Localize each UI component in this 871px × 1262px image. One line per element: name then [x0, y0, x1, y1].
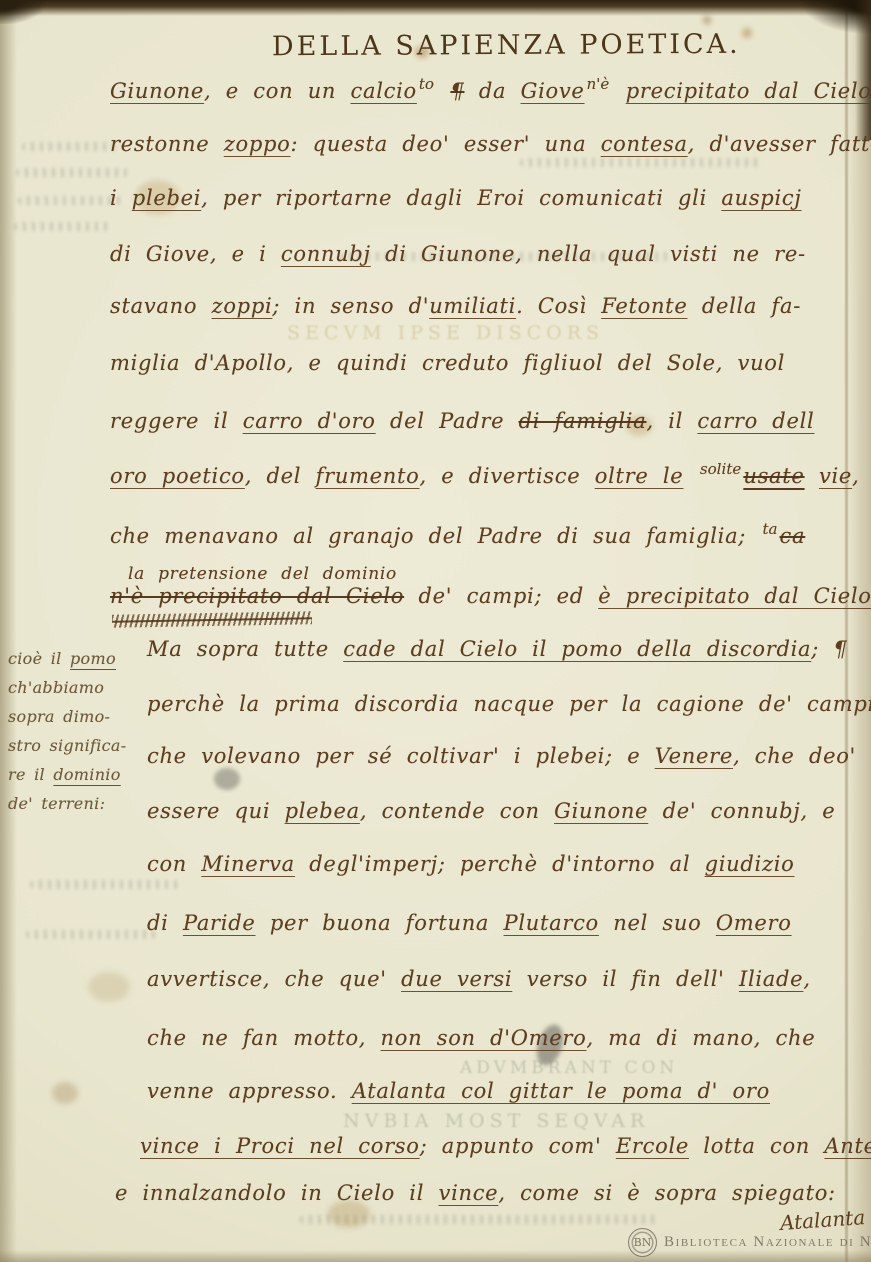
margin-note-line: cioè il pomo [8, 646, 116, 672]
ghost-writing [22, 142, 122, 151]
manuscript-line [112, 606, 312, 632]
manuscript-line: i plebei, per riportarne dagli Eroi comu… [110, 185, 802, 211]
stain [52, 1082, 78, 1104]
ghost-writing [14, 222, 110, 231]
margin-note-line: ch'abbiamo [8, 675, 104, 701]
ghost-writing [26, 930, 156, 939]
ghost-writing [18, 196, 122, 205]
ghost-writing [520, 158, 760, 167]
dark-edge-right-top [855, 0, 871, 140]
page-edge-right [847, 0, 871, 1262]
manuscript-line: essere qui plebea, contende con Giunone … [147, 798, 835, 824]
dark-corner-top-left [0, 0, 46, 24]
manuscript-line: e innalzandolo in Cielo il vince, come s… [115, 1180, 836, 1206]
manuscript-line: Giunone, e con un calcioto ¶ da Gioven'è… [110, 78, 871, 106]
manuscript-line: venne appresso. Atalanta col gittar le p… [147, 1078, 770, 1104]
bleedthrough-text: SECVM IPSE DISCORS [287, 322, 604, 344]
manuscript-line: vince i Proci nel corso; appunto com' Er… [140, 1133, 871, 1159]
manuscript-line: che ne fan motto, non son d'Omero, ma di… [147, 1025, 815, 1051]
manuscript-line: reggere il carro d'oro del Padre di fami… [110, 408, 814, 434]
manuscript-line: avvertisce, che que' due versi verso il … [147, 966, 811, 992]
page-edge-top [0, 0, 871, 16]
library-logo-icon: BN [628, 1228, 657, 1257]
manuscript-line: di Paride per buona fortuna Plutarco nel… [147, 910, 792, 936]
bleedthrough-text: NVBIA MOST SEQVAR [343, 1110, 649, 1132]
margin-note-line: de' terreni: [8, 791, 105, 817]
library-watermark: BN Biblioteca Nazionale di Napoli [628, 1228, 871, 1257]
manuscript-line: perchè la prima discordia nacque per la … [147, 691, 871, 717]
manuscript-line: oro poetico, del frumento, e divertisce … [110, 463, 859, 491]
manuscript-line: restonne zoppo: questa deo' esser' una c… [110, 131, 871, 157]
manuscript-line: di Giove, e i connubj di Giunone, nella … [110, 241, 806, 267]
page-title: DELLA SAPIENZA POETICA. [272, 29, 741, 62]
margin-note-line: stro significa- [8, 733, 126, 759]
manuscript-line: che volevano per sé coltivar' i plebei; … [147, 743, 856, 769]
page-crease [845, 0, 848, 1262]
manuscript-line: che menavano al granajo del Padre di sua… [110, 523, 805, 551]
stain [742, 28, 752, 38]
manuscript-page: DELLA SAPIENZA POETICA. Giunone, e con u… [0, 0, 871, 1262]
margin-note-line: sopra dimo- [8, 704, 110, 730]
crossed-out-scribble [112, 611, 312, 627]
library-logo-monogram: BN [634, 1236, 652, 1249]
ink-smudge [214, 768, 240, 790]
ghost-writing [30, 880, 180, 889]
stain [88, 972, 130, 1002]
binding-edge-left [0, 0, 17, 1262]
library-watermark-label: Biblioteca Nazionale di Napoli [664, 1234, 871, 1251]
manuscript-line: con Minerva degl'imperj; perchè d'intorn… [147, 851, 795, 877]
manuscript-line: miglia d'Apollo, e quindi creduto figliu… [110, 350, 785, 376]
stain [703, 16, 711, 24]
margin-note-line: re il dominio [8, 762, 121, 788]
manuscript-line: stavano zoppi; in senso d'umiliati. Così… [110, 293, 801, 319]
ghost-writing [16, 168, 128, 177]
bleedthrough-text: ADVMBRANT CON [460, 1058, 678, 1078]
manuscript-line: Ma sopra tutte cade dal Cielo il pomo de… [147, 636, 847, 662]
